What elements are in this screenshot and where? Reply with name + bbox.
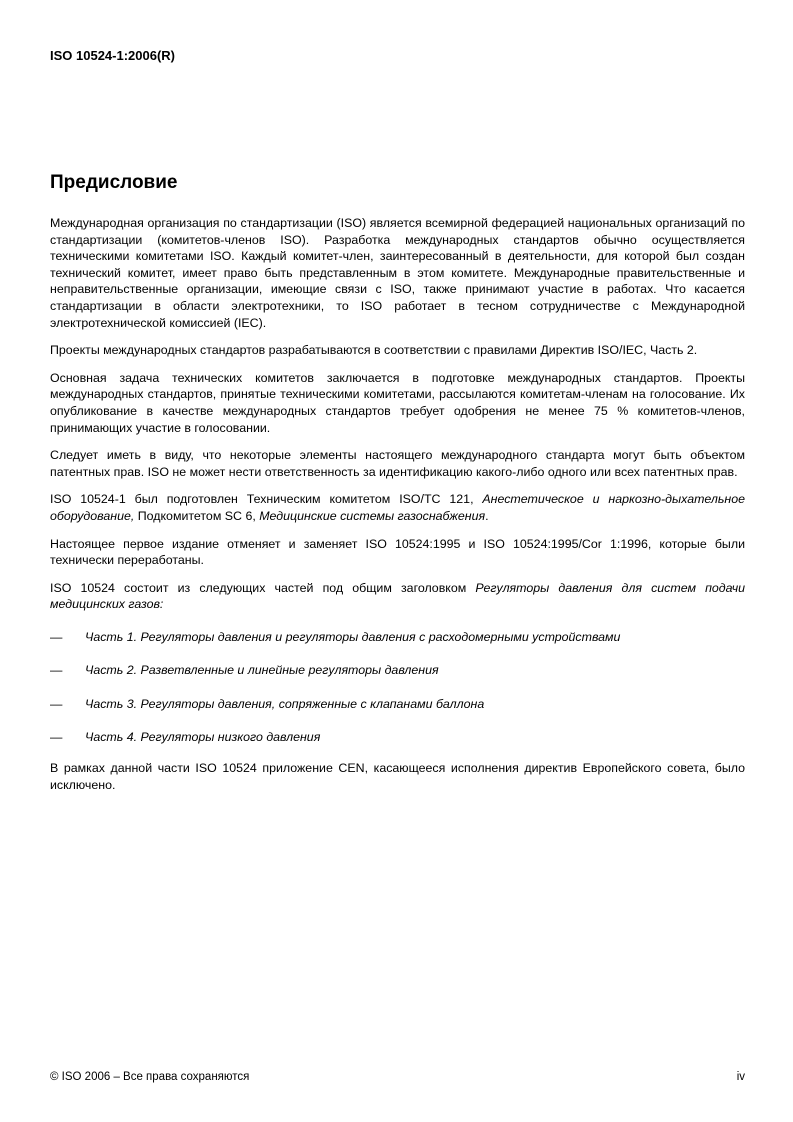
paragraph: Основная задача технических комитетов за… [50,370,745,436]
list-item: —Часть 2. Разветвленные и линейные регул… [50,662,745,679]
list-item-text: Часть 2. Разветвленные и линейные регуля… [85,663,439,677]
list-item: —Часть 3. Регуляторы давления, сопряженн… [50,696,745,713]
list-item-text: Часть 3. Регуляторы давления, сопряженны… [85,697,484,711]
list-item-text: Часть 1. Регуляторы давления и регулятор… [85,630,620,644]
paragraph-text: Основная задача технических комитетов за… [50,371,745,435]
list-item: —Часть 1. Регуляторы давления и регулято… [50,629,745,646]
list-dash: — [50,662,85,679]
page-title: Предисловие [50,171,745,194]
running-header: ISO 10524-1:2006(R) [50,48,745,63]
paragraph: Международная организация по стандартиза… [50,215,745,331]
page-number: iv [737,1070,745,1084]
paragraph: Настоящее первое издание отменяет и заме… [50,536,745,569]
paragraph: ISO 10524 состоит из следующих частей по… [50,580,745,613]
paragraph-text: . [485,509,488,523]
list-item-text: Часть 4. Регуляторы низкого давления [85,730,320,744]
list-dash: — [50,729,85,746]
paragraph-text: Международная организация по стандартиза… [50,216,745,330]
paragraph-text: ISO 10524 состоит из следующих частей по… [50,581,475,595]
list-dash: — [50,696,85,713]
paragraph: Следует иметь в виду, что некоторые элем… [50,447,745,480]
paragraph-text: Настоящее первое издание отменяет и заме… [50,537,745,568]
paragraph-text: Следует иметь в виду, что некоторые элем… [50,448,745,479]
parts-list: —Часть 1. Регуляторы давления и регулято… [50,629,745,745]
copyright-notice: © ISO 2006 – Все права сохраняются [50,1070,249,1084]
paragraph-text: В рамках данной части ISO 10524 приложен… [50,761,745,792]
paragraph: В рамках данной части ISO 10524 приложен… [50,760,745,793]
paragraph-text-italic: Медицинские системы газоснабжения [259,509,485,523]
list-dash: — [50,629,85,646]
paragraph: ISO 10524-1 был подготовлен Техническим … [50,491,745,524]
paragraph-text: Подкомитетом SC 6, [134,509,259,523]
document-page: ISO 10524-1:2006(R) Предисловие Междунар… [0,0,793,1122]
page-footer: © ISO 2006 – Все права сохраняются iv [50,1070,745,1084]
paragraph-text: ISO 10524-1 был подготовлен Техническим … [50,492,482,506]
paragraph: Проекты международных стандартов разраба… [50,342,745,359]
list-item: —Часть 4. Регуляторы низкого давления [50,729,745,746]
paragraph-text: Проекты международных стандартов разраба… [50,343,697,357]
